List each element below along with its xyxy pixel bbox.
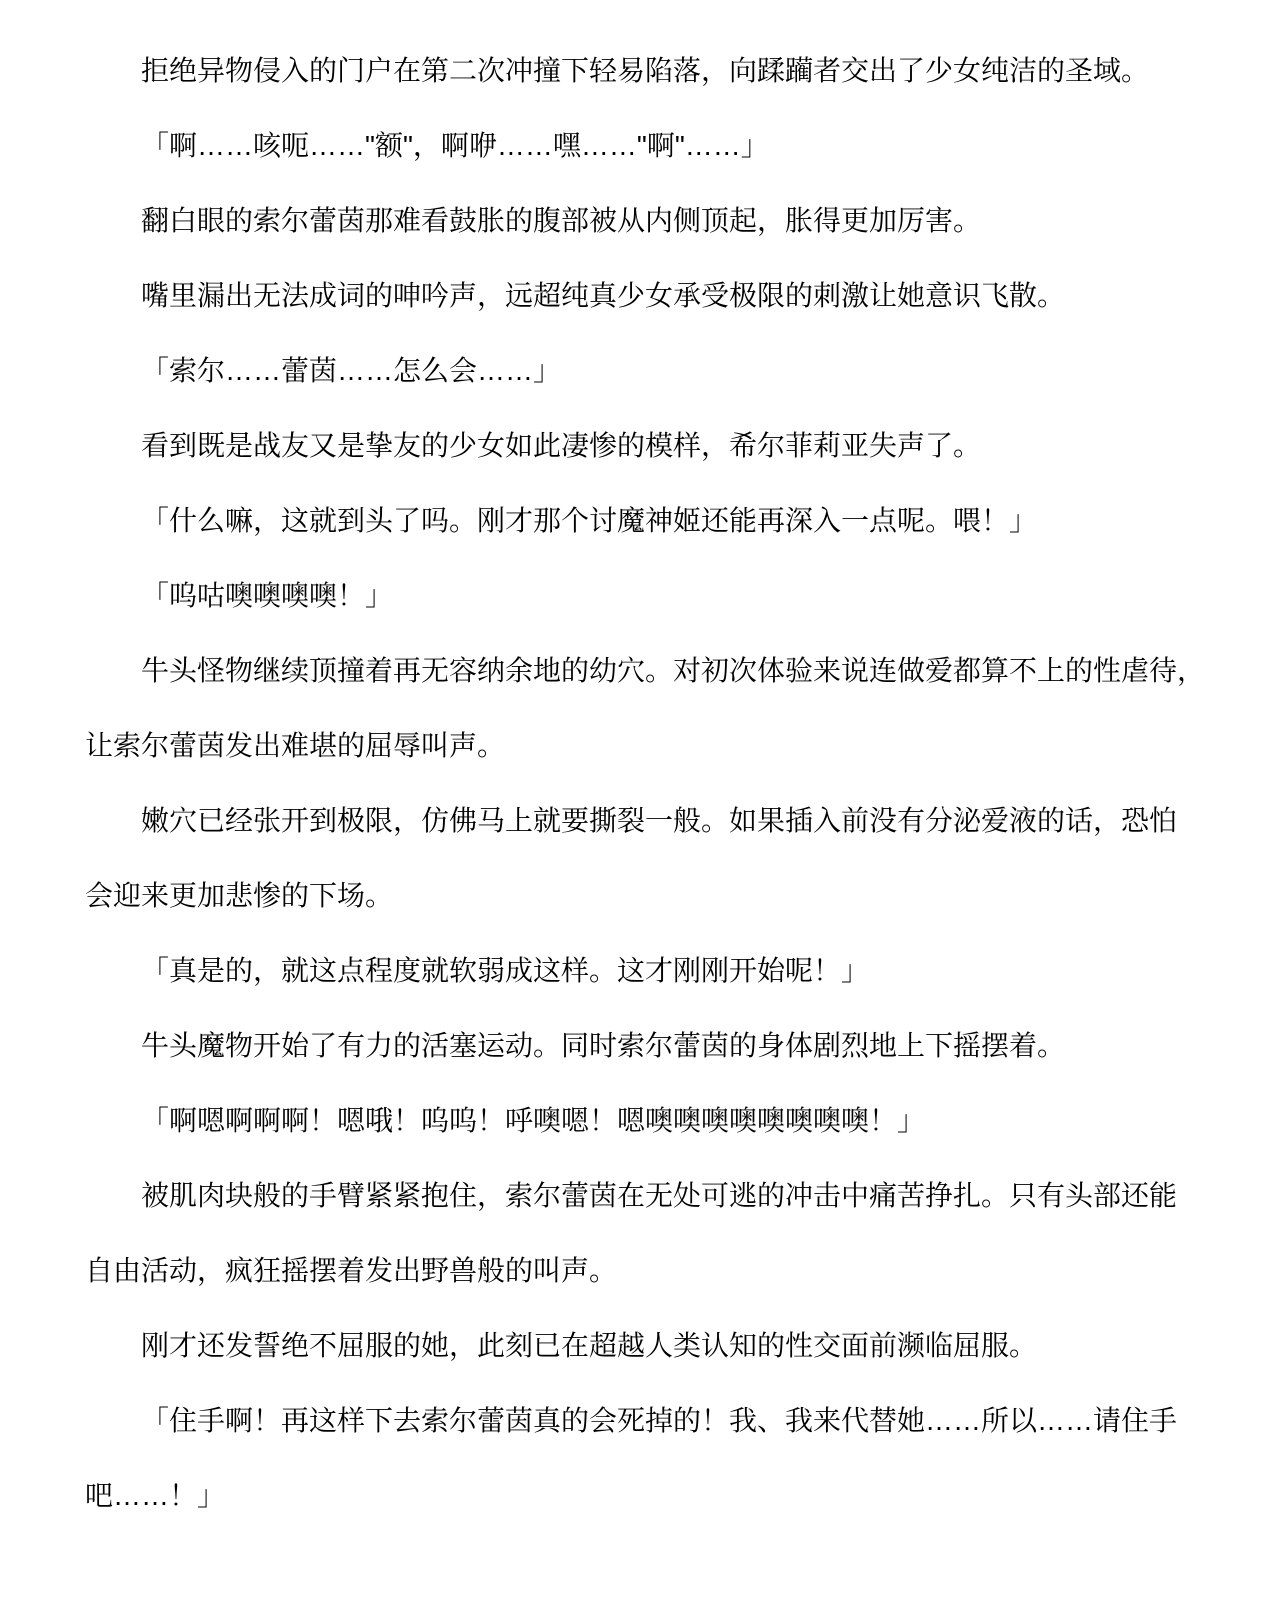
paragraph: 牛头怪物继续顶撞着再无容纳余地的幼穴。对初次体验来说连做爱都算不上的性虐待，让索… (85, 633, 1195, 783)
text-line: 「什么嘛，这就到头了吗。刚才那个讨魔神姬还能再深入一点呢。喂！」 (85, 483, 1195, 558)
paragraph: 「索尔……蕾茵……怎么会……」 (85, 333, 1195, 408)
text-line: 「呜咕噢噢噢噢！」 (85, 558, 1195, 633)
text-line: 自由活动，疯狂摇摆着发出野兽般的叫声。 (85, 1233, 1195, 1308)
text-line: 「真是的，就这点程度就软弱成这样。这才刚刚开始呢！」 (85, 933, 1195, 1008)
text-line: 嫩穴已经张开到极限，仿佛马上就要撕裂一般。如果插入前没有分泌爱液的话，恐怕 (85, 783, 1195, 858)
text-line: 嘴里漏出无法成词的呻吟声，远超纯真少女承受极限的刺激让她意识飞散。 (85, 258, 1195, 333)
paragraph: 「真是的，就这点程度就软弱成这样。这才刚刚开始呢！」 (85, 933, 1195, 1008)
text-line: 让索尔蕾茵发出难堪的屈辱叫声。 (85, 708, 1195, 783)
text-line: 翻白眼的索尔蕾茵那难看鼓胀的腹部被从内侧顶起，胀得更加厉害。 (85, 183, 1195, 258)
paragraph: 被肌肉块般的手臂紧紧抱住，索尔蕾茵在无处可逃的冲击中痛苦挣扎。只有头部还能自由活… (85, 1158, 1195, 1308)
text-line: 会迎来更加悲惨的下场。 (85, 858, 1195, 933)
paragraph: 嫩穴已经张开到极限，仿佛马上就要撕裂一般。如果插入前没有分泌爱液的话，恐怕会迎来… (85, 783, 1195, 933)
text-line: 被肌肉块般的手臂紧紧抱住，索尔蕾茵在无处可逃的冲击中痛苦挣扎。只有头部还能 (85, 1158, 1195, 1233)
text-content: 拒绝异物侵入的门户在第二次冲撞下轻易陷落，向蹂躏者交出了少女纯洁的圣域。「啊……… (85, 33, 1195, 1533)
text-line: 牛头怪物继续顶撞着再无容纳余地的幼穴。对初次体验来说连做爱都算不上的性虐待， (85, 633, 1195, 708)
text-line: 「啊……咳呃……"额"，啊咿……嘿……"啊"……」 (85, 108, 1195, 183)
text-line: 牛头魔物开始了有力的活塞运动。同时索尔蕾茵的身体剧烈地上下摇摆着。 (85, 1008, 1195, 1083)
document-page: 拒绝异物侵入的门户在第二次冲撞下轻易陷落，向蹂躏者交出了少女纯洁的圣域。「啊……… (0, 0, 1280, 1624)
paragraph: 「什么嘛，这就到头了吗。刚才那个讨魔神姬还能再深入一点呢。喂！」 (85, 483, 1195, 558)
text-line: 「索尔……蕾茵……怎么会……」 (85, 333, 1195, 408)
paragraph: 拒绝异物侵入的门户在第二次冲撞下轻易陷落，向蹂躏者交出了少女纯洁的圣域。 (85, 33, 1195, 108)
paragraph: 刚才还发誓绝不屈服的她，此刻已在超越人类认知的性交面前濒临屈服。 (85, 1308, 1195, 1383)
paragraph: 「呜咕噢噢噢噢！」 (85, 558, 1195, 633)
paragraph: 「啊嗯啊啊啊！嗯哦！呜呜！呼噢嗯！嗯噢噢噢噢噢噢噢噢！」 (85, 1083, 1195, 1158)
text-line: 拒绝异物侵入的门户在第二次冲撞下轻易陷落，向蹂躏者交出了少女纯洁的圣域。 (85, 33, 1195, 108)
text-line: 「啊嗯啊啊啊！嗯哦！呜呜！呼噢嗯！嗯噢噢噢噢噢噢噢噢！」 (85, 1083, 1195, 1158)
text-line: 看到既是战友又是挚友的少女如此凄惨的模样，希尔菲莉亚失声了。 (85, 408, 1195, 483)
text-line: 刚才还发誓绝不屈服的她，此刻已在超越人类认知的性交面前濒临屈服。 (85, 1308, 1195, 1383)
paragraph: 看到既是战友又是挚友的少女如此凄惨的模样，希尔菲莉亚失声了。 (85, 408, 1195, 483)
paragraph: 牛头魔物开始了有力的活塞运动。同时索尔蕾茵的身体剧烈地上下摇摆着。 (85, 1008, 1195, 1083)
paragraph: 「啊……咳呃……"额"，啊咿……嘿……"啊"……」 (85, 108, 1195, 183)
paragraph: 嘴里漏出无法成词的呻吟声，远超纯真少女承受极限的刺激让她意识飞散。 (85, 258, 1195, 333)
paragraph: 「住手啊！再这样下去索尔蕾茵真的会死掉的！我、我来代替她……所以……请住手吧……… (85, 1383, 1195, 1533)
text-line: 「住手啊！再这样下去索尔蕾茵真的会死掉的！我、我来代替她……所以……请住手 (85, 1383, 1195, 1458)
text-line: 吧……！」 (85, 1458, 1195, 1533)
paragraph: 翻白眼的索尔蕾茵那难看鼓胀的腹部被从内侧顶起，胀得更加厉害。 (85, 183, 1195, 258)
